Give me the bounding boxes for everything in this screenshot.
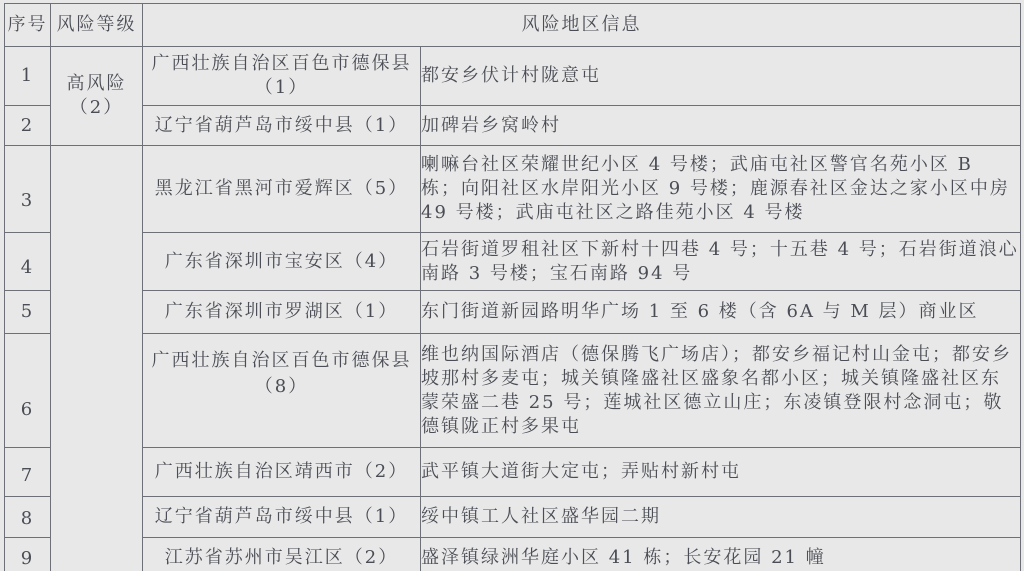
table-row: 2 辽宁省葫芦岛市绥中县（1） 加碑岩乡窝岭村 bbox=[5, 106, 1021, 146]
region-name: 广西壮族自治区百色市德保县（8） bbox=[143, 334, 421, 448]
row-number: 1 bbox=[5, 47, 51, 106]
region-detail: 武平镇大道街大定屯；弄贴村新村屯 bbox=[421, 448, 1021, 497]
table-row: 5 广东省深圳市罗湖区（1） 东门街道新园路明华广场 1 至 6 楼（含 6A … bbox=[5, 291, 1021, 334]
risk-area-table: 序号 风险等级 风险地区信息 1 高风险（2） 广西壮族自治区百色市德保县（1）… bbox=[4, 3, 1021, 571]
table-row: 9 江苏省苏州市吴江区（2） 盛泽镇绿洲华庭小区 41 栋；长安花园 21 幢 bbox=[5, 538, 1021, 571]
region-detail: 绥中镇工人社区盛华园二期 bbox=[421, 497, 1021, 538]
region-detail: 加碑岩乡窝岭村 bbox=[421, 106, 1021, 146]
region-name: 广东省深圳市宝安区（4） bbox=[143, 233, 421, 291]
region-name: 广东省深圳市罗湖区（1） bbox=[143, 291, 421, 334]
table-row: 7 广西壮族自治区靖西市（2） 武平镇大道街大定屯；弄贴村新村屯 bbox=[5, 448, 1021, 497]
region-name: 辽宁省葫芦岛市绥中县（1） bbox=[143, 497, 421, 538]
region-name: 辽宁省葫芦岛市绥中县（1） bbox=[143, 106, 421, 146]
risk-level-medium bbox=[51, 146, 143, 571]
risk-level-high: 高风险（2） bbox=[51, 47, 143, 146]
region-detail: 石岩街道罗租社区下新村十四巷 4 号；十五巷 4 号；石岩街道浪心南路 3 号楼… bbox=[421, 233, 1021, 291]
header-risk-area-info: 风险地区信息 bbox=[143, 4, 1021, 47]
row-number: 6 bbox=[5, 334, 51, 448]
row-number: 4 bbox=[5, 233, 51, 291]
header-risk-level: 风险等级 bbox=[51, 4, 143, 47]
region-detail: 盛泽镇绿洲华庭小区 41 栋；长安花园 21 幢 bbox=[421, 538, 1021, 571]
region-detail: 都安乡伏计村陇意屯 bbox=[421, 47, 1021, 106]
region-detail: 维也纳国际酒店（德保腾飞广场店）；都安乡福记村山金屯；都安乡坡那村多麦屯；城关镇… bbox=[421, 334, 1021, 448]
region-detail: 东门街道新园路明华广场 1 至 6 楼（含 6A 与 M 层）商业区 bbox=[421, 291, 1021, 334]
risk-area-document: 序号 风险等级 风险地区信息 1 高风险（2） 广西壮族自治区百色市德保县（1）… bbox=[0, 0, 1024, 571]
row-number: 9 bbox=[5, 538, 51, 571]
row-number: 8 bbox=[5, 497, 51, 538]
region-name: 广西壮族自治区靖西市（2） bbox=[143, 448, 421, 497]
region-name: 黑龙江省黑河市爱辉区（5） bbox=[143, 146, 421, 233]
table-row: 6 广西壮族自治区百色市德保县（8） 维也纳国际酒店（德保腾飞广场店）；都安乡福… bbox=[5, 334, 1021, 448]
region-name: 江苏省苏州市吴江区（2） bbox=[143, 538, 421, 571]
row-number: 2 bbox=[5, 106, 51, 146]
table-row: 3 黑龙江省黑河市爱辉区（5） 喇嘛台社区荣耀世纪小区 4 号楼；武庙屯社区警官… bbox=[5, 146, 1021, 233]
table-header-row: 序号 风险等级 风险地区信息 bbox=[5, 4, 1021, 47]
row-number: 3 bbox=[5, 146, 51, 233]
row-number: 5 bbox=[5, 291, 51, 334]
region-name: 广西壮族自治区百色市德保县（1） bbox=[143, 47, 421, 106]
row-number: 7 bbox=[5, 448, 51, 497]
table-row: 8 辽宁省葫芦岛市绥中县（1） 绥中镇工人社区盛华园二期 bbox=[5, 497, 1021, 538]
table-row: 4 广东省深圳市宝安区（4） 石岩街道罗租社区下新村十四巷 4 号；十五巷 4 … bbox=[5, 233, 1021, 291]
table-row: 1 高风险（2） 广西壮族自治区百色市德保县（1） 都安乡伏计村陇意屯 bbox=[5, 47, 1021, 106]
header-serial-number: 序号 bbox=[5, 4, 51, 47]
region-detail: 喇嘛台社区荣耀世纪小区 4 号楼；武庙屯社区警官名苑小区 B 栋；向阳社区水岸阳… bbox=[421, 146, 1021, 233]
